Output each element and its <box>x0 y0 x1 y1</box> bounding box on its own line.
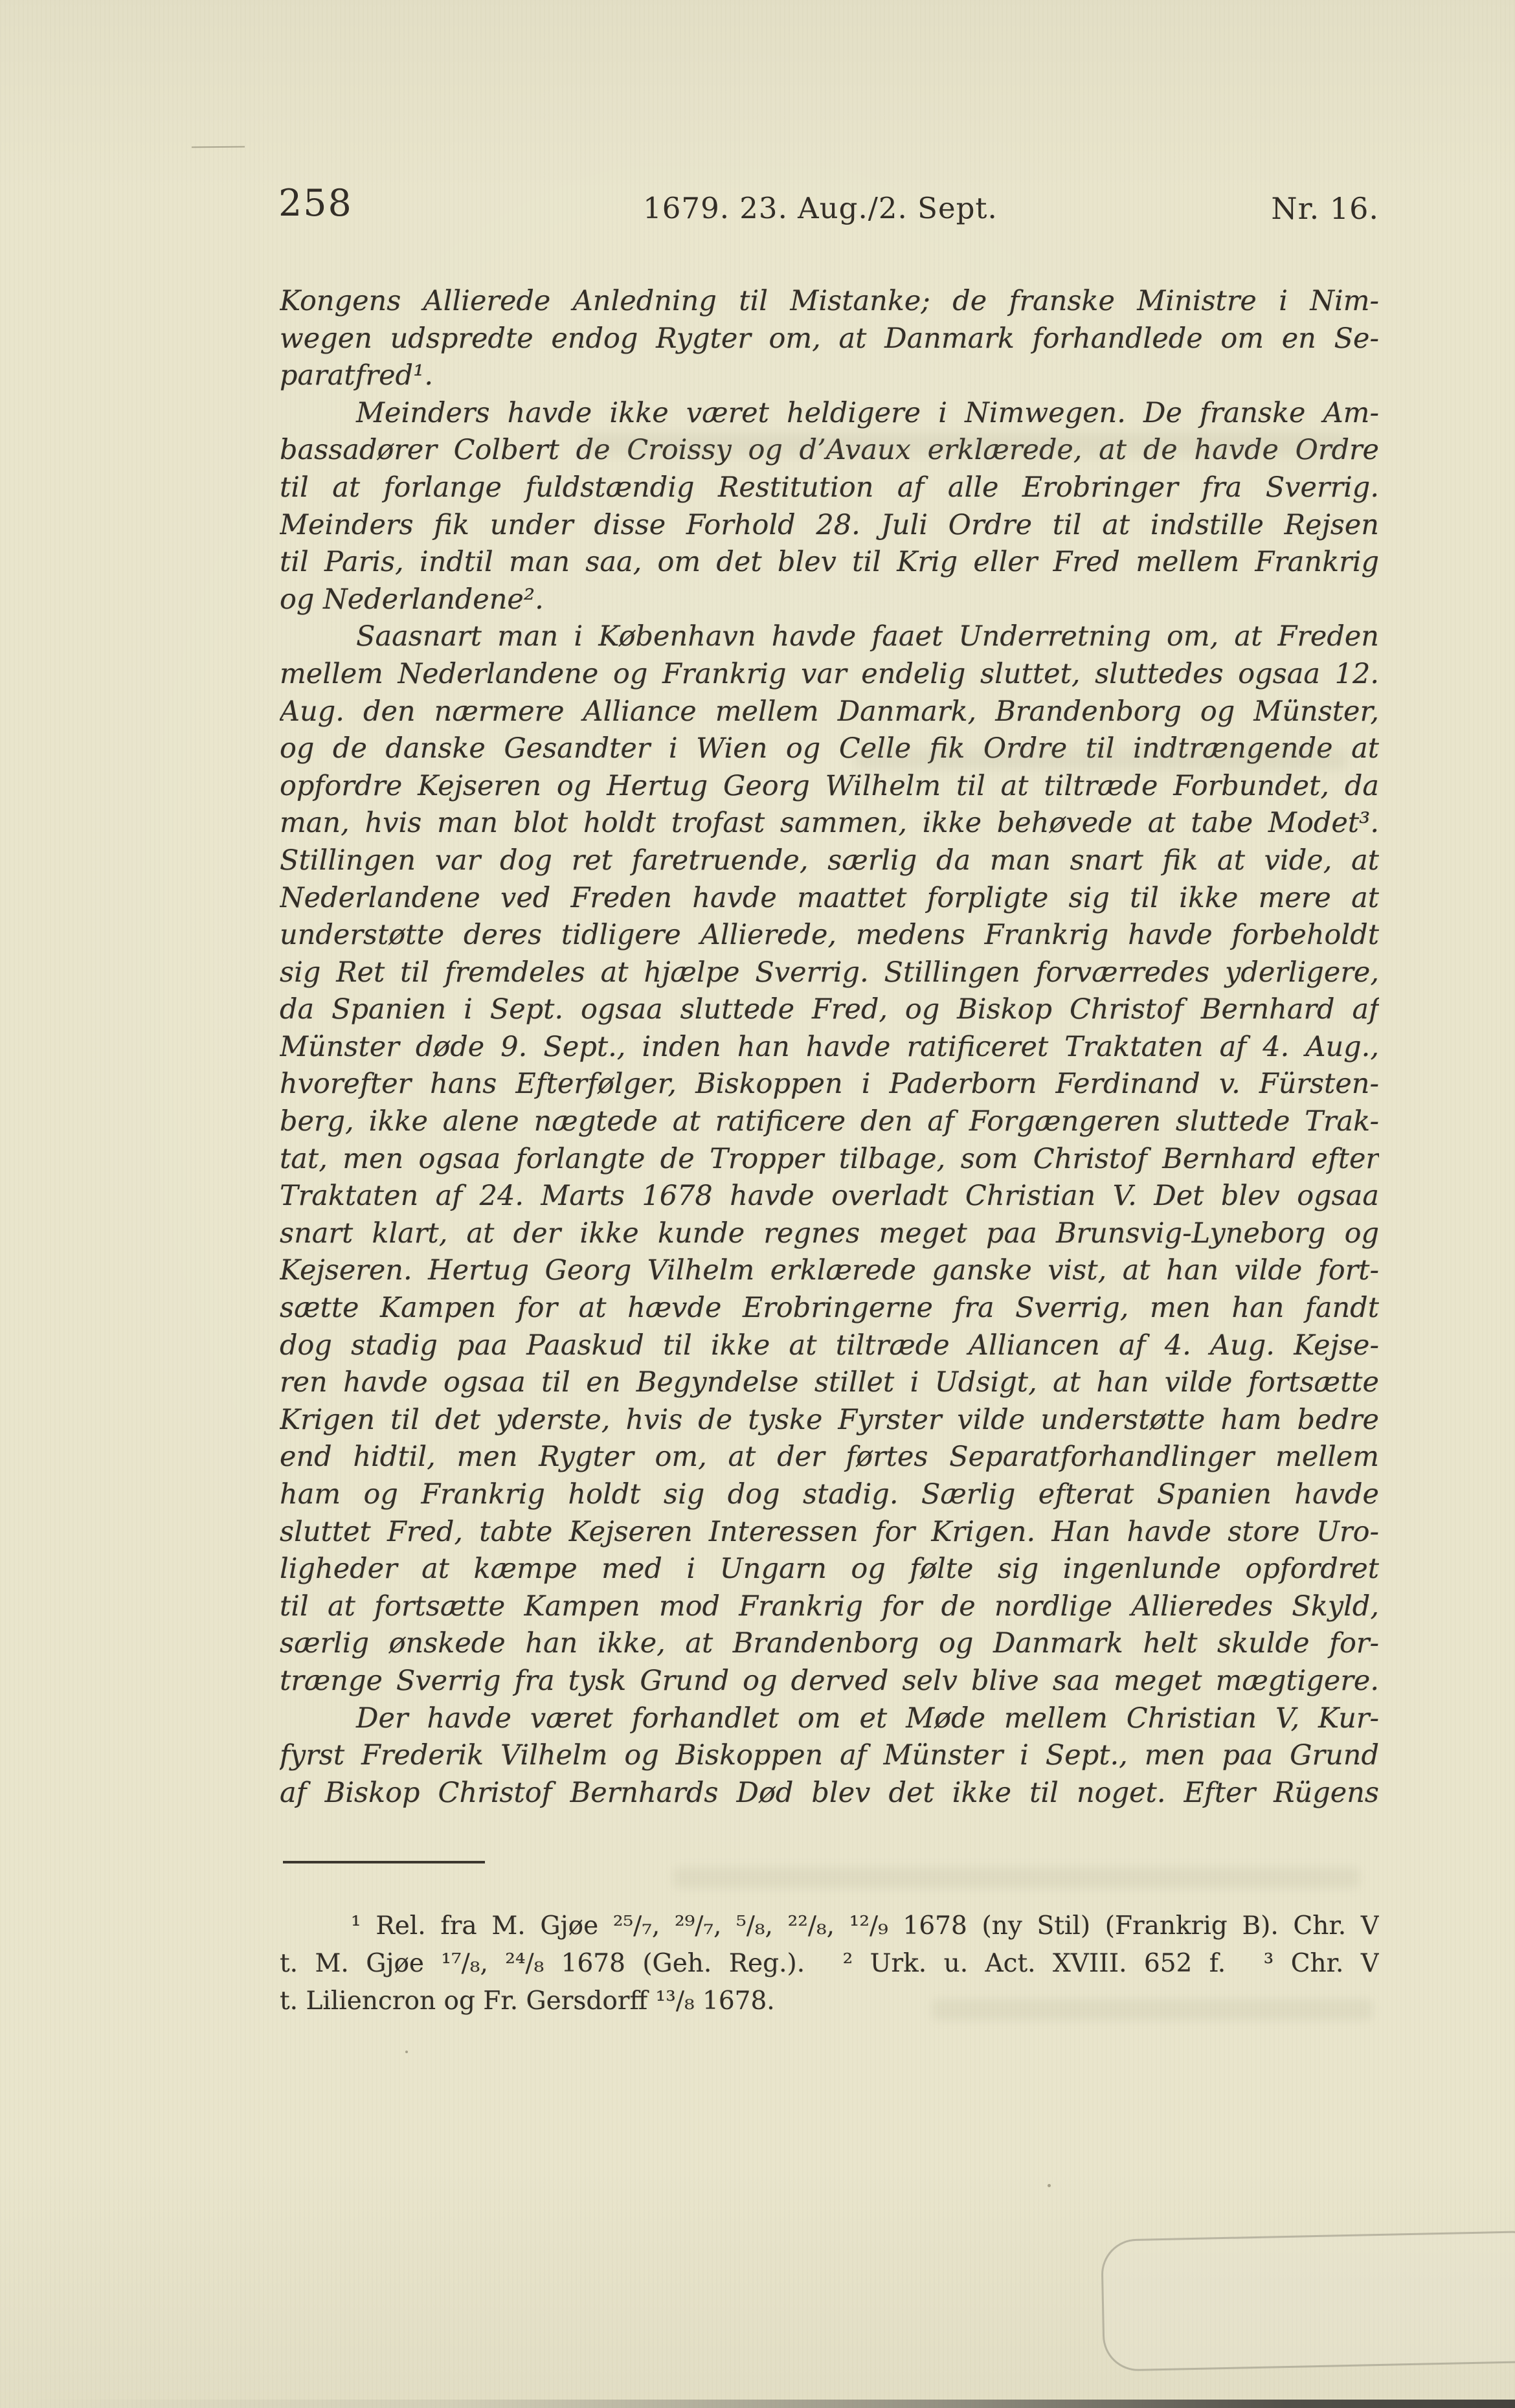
body-line: trænge Sverrig fra tysk Grund og derved … <box>280 1663 1379 1700</box>
body-line: Der havde været forhandlet om et Møde me… <box>280 1700 1379 1738</box>
page-edge-shadow <box>0 2400 1515 2408</box>
body-line: mellem Nederlandene og Frankrig var ende… <box>280 656 1379 693</box>
body-line: ligheder at kæmpe med i Ungarn og følte … <box>280 1551 1379 1588</box>
body-line: tat, men ogsaa forlangte de Tropper tilb… <box>280 1141 1379 1178</box>
body-line: sig Ret til fremdeles at hjælpe Sverrig.… <box>280 954 1379 992</box>
body-line: berg, ikke alene nægtede at ratificere d… <box>280 1103 1379 1141</box>
body-line: Meinders havde ikke været heldigere i Ni… <box>280 395 1379 433</box>
footnote-line: ¹ Rel. fra M. Gjøe ²⁵/₇, ²⁹/₇, ⁵/₈, ²²/₈… <box>280 1907 1379 1945</box>
paper-speck <box>1048 2184 1051 2187</box>
page-number: 258 <box>278 185 353 222</box>
body-line: man, hvis man blot holdt trofast sammen,… <box>280 805 1379 842</box>
footnote-separator-rule <box>283 1861 485 1863</box>
body-line: særlig ønskede han ikke, at Brandenborg … <box>280 1625 1379 1663</box>
body-line: end hidtil, men Rygter om, at der førtes… <box>280 1439 1379 1476</box>
paper-speck <box>405 2051 408 2053</box>
body-line: fyrst Frederik Vilhelm og Biskoppen af M… <box>280 1737 1379 1775</box>
body-line: snart klart, at der ikke kunde regnes me… <box>280 1215 1379 1253</box>
showthrough-smudge <box>673 1867 1360 1888</box>
body-line: Saasnart man i København havde faaet Und… <box>280 618 1379 656</box>
body-line: sluttet Fred, tabte Kejseren Interessen … <box>280 1514 1379 1551</box>
body-text: Kongens Allierede Anledning til Mistanke… <box>280 283 1379 1812</box>
body-line: Meinders fik under disse Forhold 28. Jul… <box>280 507 1379 545</box>
body-line: og Nederlandene². <box>280 581 1379 619</box>
body-line: opfordre Kejseren og Hertug Georg Wilhel… <box>280 768 1379 805</box>
label-impression-artifact <box>1101 2231 1515 2372</box>
header-issue-number: Nr. 16. <box>1185 194 1379 223</box>
body-line: wegen udspredte endog Rygter om, at Danm… <box>280 321 1379 358</box>
scanned-book-page: 258 1679. 23. Aug./2. Sept. Nr. 16. Kong… <box>0 0 1515 2408</box>
body-line: bassadører Colbert de Croissy og d’Avaux… <box>280 432 1379 469</box>
body-line: sætte Kampen for at hævde Erobringerne f… <box>280 1290 1379 1327</box>
body-line: Münster døde 9. Sept., inden han havde r… <box>280 1029 1379 1066</box>
body-line: understøtte deres tidligere Allierede, m… <box>280 917 1379 954</box>
header-date: 1679. 23. Aug./2. Sept. <box>561 194 1079 223</box>
body-line: af Biskop Christof Bernhards Død blev de… <box>280 1775 1379 1812</box>
body-line: paratfred¹. <box>280 357 1379 395</box>
body-line: ren havde ogsaa til en Begyndelse stille… <box>280 1364 1379 1402</box>
body-line: Nederlandene ved Freden havde maattet fo… <box>280 880 1379 917</box>
footnote-line: t. Liliencron og Fr. Gersdorff ¹³/₈ 1678… <box>280 1983 1379 2020</box>
body-line: til at forlange fuldstændig Restitution … <box>280 469 1379 507</box>
body-line: til at fortsætte Kampen mod Frankrig for… <box>280 1588 1379 1626</box>
footnote-line: t. M. Gjøe ¹⁷/₈, ²⁴/₈ 1678 (Geh. Reg.). … <box>280 1945 1379 1983</box>
body-line: til Paris, indtil man saa, om det blev t… <box>280 544 1379 581</box>
footnotes: ¹ Rel. fra M. Gjøe ²⁵/₇, ²⁹/₇, ⁵/₈, ²²/₈… <box>280 1907 1379 2020</box>
body-line: Kejseren. Hertug Georg Vilhelm erklærede… <box>280 1252 1379 1290</box>
body-line: dog stadig paa Paaskud til ikke at tiltr… <box>280 1327 1379 1365</box>
body-line: Stillingen var dog ret faretruende, særl… <box>280 842 1379 880</box>
body-line: Kongens Allierede Anledning til Mistanke… <box>280 283 1379 321</box>
body-line: og de danske Gesandter i Wien og Celle f… <box>280 730 1379 768</box>
body-line: Krigen til det yderste, hvis de tyske Fy… <box>280 1402 1379 1439</box>
scan-scratch-mark <box>192 146 245 148</box>
body-line: da Spanien i Sept. ogsaa sluttede Fred, … <box>280 991 1379 1029</box>
body-line: hvorefter hans Efterfølger, Biskoppen i … <box>280 1066 1379 1103</box>
body-line: Aug. den nærmere Alliance mellem Danmark… <box>280 693 1379 731</box>
body-line: ham og Frankrig holdt sig dog stadig. Sæ… <box>280 1476 1379 1514</box>
body-line: Traktaten af 24. Marts 1678 havde overla… <box>280 1178 1379 1215</box>
